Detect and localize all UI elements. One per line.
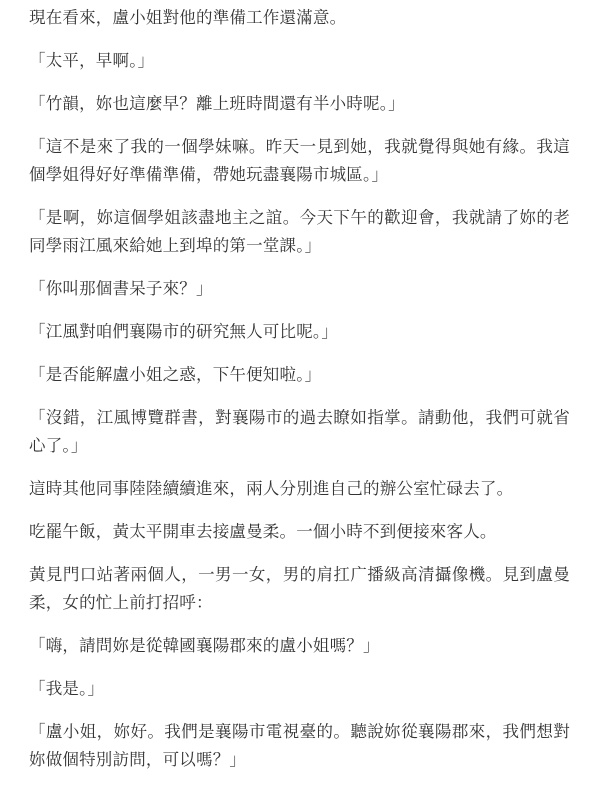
paragraph: 「是否能解盧小姐之惑，下午便知啦。」 [29,361,570,389]
paragraph: 吃罷午飯，黃太平開車去接盧曼柔。一個小時不到便接來客人。 [29,518,570,546]
paragraph: 「太平，早啊。」 [29,47,570,75]
paragraph: 黃見門口站著兩個人，一男一女，男的肩扛广播級高清攝像機。見到盧曼柔，女的忙上前打… [29,561,570,617]
paragraph: 「沒錯，江風博覽群書，對襄陽市的過去瞭如指掌。請動他，我們可就省心了。」 [29,404,570,460]
paragraph: 「嗨，請問妳是從韓國襄陽郡來的盧小姐嗎？」 [29,632,570,660]
paragraph: 「竹韻，妳也這麼早？離上班時間還有半小時呢。」 [29,90,570,118]
paragraph: 「江風對咱們襄陽市的研究無人可比呢。」 [29,318,570,346]
paragraph: 現在看來，盧小姐對他的準備工作還滿意。 [29,4,570,32]
paragraph: 「是啊，妳這個學姐該盡地主之誼。今天下午的歡迎會，我就請了妳的老同學雨江風來給她… [29,204,570,260]
paragraph: 「盧小姐，妳好。我們是襄陽市電視臺的。聽說妳從襄陽郡來，我們想對妳做個特別訪問，… [29,718,570,774]
paragraph: 這時其他同事陸陸續續進來，兩人分別進自己的辦公室忙碌去了。 [29,475,570,503]
paragraph: 「這不是來了我的一個學妹嘛。昨天一見到她，我就覺得與她有緣。我這個學姐得好好準備… [29,133,570,189]
document-page: 現在看來，盧小姐對他的準備工作還滿意。 「太平，早啊。」 「竹韻，妳也這麼早？離… [0,0,600,774]
paragraph: 「你叫那個書呆子來？」 [29,275,570,303]
paragraph: 「我是。」 [29,675,570,703]
